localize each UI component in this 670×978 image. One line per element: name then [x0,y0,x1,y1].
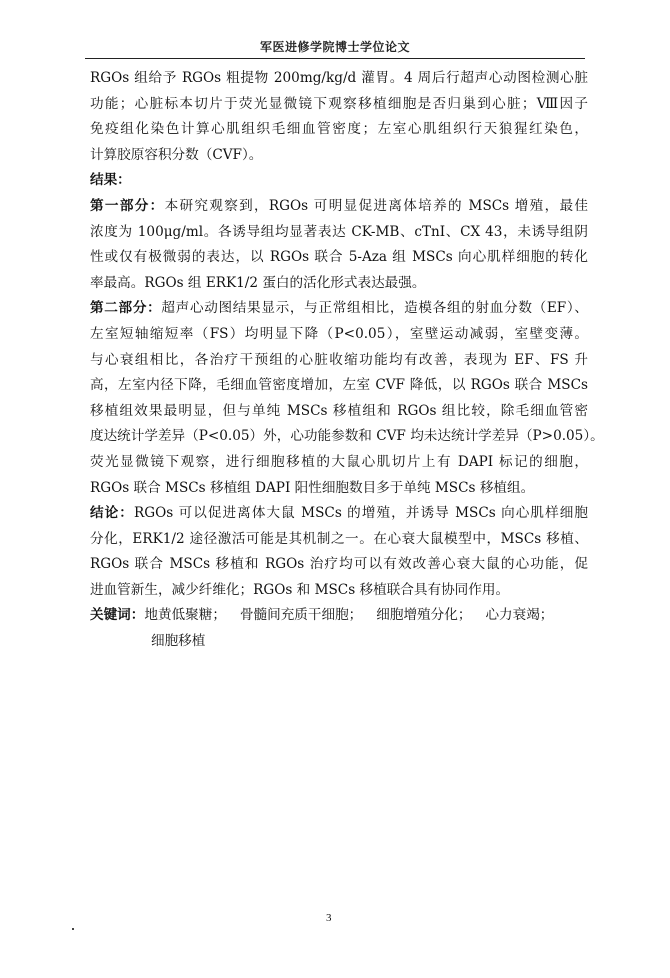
text-line: 进血管新生，减少纤维化；RGOs 和 MSCs 移植联合具有协同作用。 [90,578,588,604]
scan-speck [72,928,74,930]
text-line: 第二部分：超声心动图结果显示，与正常组相比，造模各组的射血分数（EF）、 [90,296,588,322]
keyword: 心力衰竭； [485,607,553,623]
text-line: 功能；心脏标本切片于荧光显微镜下观察移植细胞是否归巢到心脏；Ⅷ因子 [90,92,588,118]
text-line: 率最高。RGOs 组 ERK1/2 蛋白的活化形式表达最强。 [90,271,588,297]
text-line: 高，左室内径下降，毛细血管密度增加，左室 CVF 降低，以 RGOs 联合 MS… [90,373,588,399]
line-text: RGOs 联合 MSCs 移植组 DAPI 阳性细胞数目多于单纯 MSCs 移植… [90,480,534,496]
text-line: 结论：RGOs 可以促进离体大鼠 MSCs 的增殖，并诱导 MSCs 向心肌样细… [90,501,588,527]
line-text: 与心衰组相比，各治疗干预组的心脏收缩功能均有改善，表现为 EF、FS 升 [90,352,588,368]
text-line: RGOs 组给予 RGOs 粗提物 200mg/kg/d 灌胃。4 周后行超声心… [90,66,588,92]
keyword: 细胞增殖分化； [376,607,471,623]
keyword: 骨髓间充质干细胞； [240,607,362,623]
line-text: RGOs 可以促进离体大鼠 MSCs 的增殖，并诱导 MSCs 向心肌样细胞 [134,505,588,521]
section-label: 第二部分： [90,300,161,316]
section-label: 结论： [90,505,134,521]
line-text: 功能；心脏标本切片于荧光显微镜下观察移植细胞是否归巢到心脏；Ⅷ因子 [90,96,588,112]
text-line: 第一部分：本研究观察到，RGOs 可明显促进离体培养的 MSCs 增殖，最佳 [90,194,588,220]
text-line: 左室短轴缩短率（FS）均明显下降（P<0.05），室壁运动减弱，室壁变薄。 [90,322,588,348]
line-text: 荧光显微镜下观察，进行细胞移植的大鼠心肌切片上有 DAPI 标记的细胞， [90,454,588,470]
keywords-label: 关键词： [90,607,144,623]
line-text: 计算胶原容积分数（CVF）。 [90,147,262,163]
text-line: 计算胶原容积分数（CVF）。 [90,143,588,169]
page-number: 3 [326,912,332,924]
text-line: 荧光显微镜下观察，进行细胞移植的大鼠心肌切片上有 DAPI 标记的细胞， [90,450,588,476]
line-text: RGOs 组给予 RGOs 粗提物 200mg/kg/d 灌胃。4 周后行超声心… [90,70,588,86]
keyword: 细胞移植 [151,633,205,649]
text-line: 免疫组化染色计算心肌组织毛细血管密度；左室心肌组织行天狼猩红染色， [90,117,588,143]
text-line: 性或仅有极微弱的表达，以 RGOs 联合 5-Aza 组 MSCs 向心肌样细胞… [90,245,588,271]
line-text: 免疫组化染色计算心肌组织毛细血管密度；左室心肌组织行天狼猩红染色， [90,121,588,137]
text-line: 结果： [90,168,588,194]
keyword: 地黄低聚糖； [144,607,226,623]
text-line: 度达统计学差异（P<0.05）外，心功能参数和 CVF 均未达统计学差异（P>0… [90,424,588,450]
section-label: 结果： [90,172,131,188]
line-text: 本研究观察到，RGOs 可明显促进离体培养的 MSCs 增殖，最佳 [165,198,588,214]
text-line: 移植组效果最明显，但与单纯 MSCs 移植组和 RGOs 组比较，除毛细血管密 [90,399,588,425]
text-line: RGOs 联合 MSCs 移植和 RGOs 治疗均可以有效改善心衰大鼠的心功能，… [90,552,588,578]
line-text: 超声心动图结果显示，与正常组相比，造模各组的射血分数（EF）、 [161,300,588,316]
text-line: 分化，ERK1/2 途径激活可能是其机制之一。在心衰大鼠模型中，MSCs 移植、 [90,527,588,553]
line-text: 性或仅有极微弱的表达，以 RGOs 联合 5-Aza 组 MSCs 向心肌样细胞… [90,249,588,265]
line-text: 率最高。RGOs 组 ERK1/2 蛋白的活化形式表达最强。 [90,275,425,291]
line-text: 分化，ERK1/2 途径激活可能是其机制之一。在心衰大鼠模型中，MSCs 移植、 [90,531,588,547]
keywords-continuation: 细胞移植 [90,629,588,655]
text-line: RGOs 联合 MSCs 移植组 DAPI 阳性细胞数目多于单纯 MSCs 移植… [90,476,588,502]
text-line: 浓度为 100μg/ml。各诱导组均显著表达 CK-MB、cTnI、CX 43，… [90,220,588,246]
header-divider [85,58,585,59]
line-text: RGOs 联合 MSCs 移植和 RGOs 治疗均可以有效改善心衰大鼠的心功能，… [90,556,588,572]
keywords-line: 关键词：地黄低聚糖；骨髓间充质干细胞；细胞增殖分化；心力衰竭； [90,603,588,629]
abstract-body: RGOs 组给予 RGOs 粗提物 200mg/kg/d 灌胃。4 周后行超声心… [90,66,588,655]
line-text: 浓度为 100μg/ml。各诱导组均显著表达 CK-MB、cTnI、CX 43，… [90,224,588,240]
section-label: 第一部分： [90,198,165,214]
line-text: 度达统计学差异（P<0.05）外，心功能参数和 CVF 均未达统计学差异（P>0… [90,428,604,444]
line-text: 移植组效果最明显，但与单纯 MSCs 移植组和 RGOs 组比较，除毛细血管密 [90,403,588,419]
line-text: 高，左室内径下降，毛细血管密度增加，左室 CVF 降低，以 RGOs 联合 MS… [90,377,588,393]
text-line: 与心衰组相比，各治疗干预组的心脏收缩功能均有改善，表现为 EF、FS 升 [90,348,588,374]
line-text: 进血管新生，减少纤维化；RGOs 和 MSCs 移植联合具有协同作用。 [90,582,509,598]
running-header: 军医进修学院博士学位论文 [85,38,585,55]
line-text: 左室短轴缩短率（FS）均明显下降（P<0.05），室壁运动减弱，室壁变薄。 [90,326,588,342]
